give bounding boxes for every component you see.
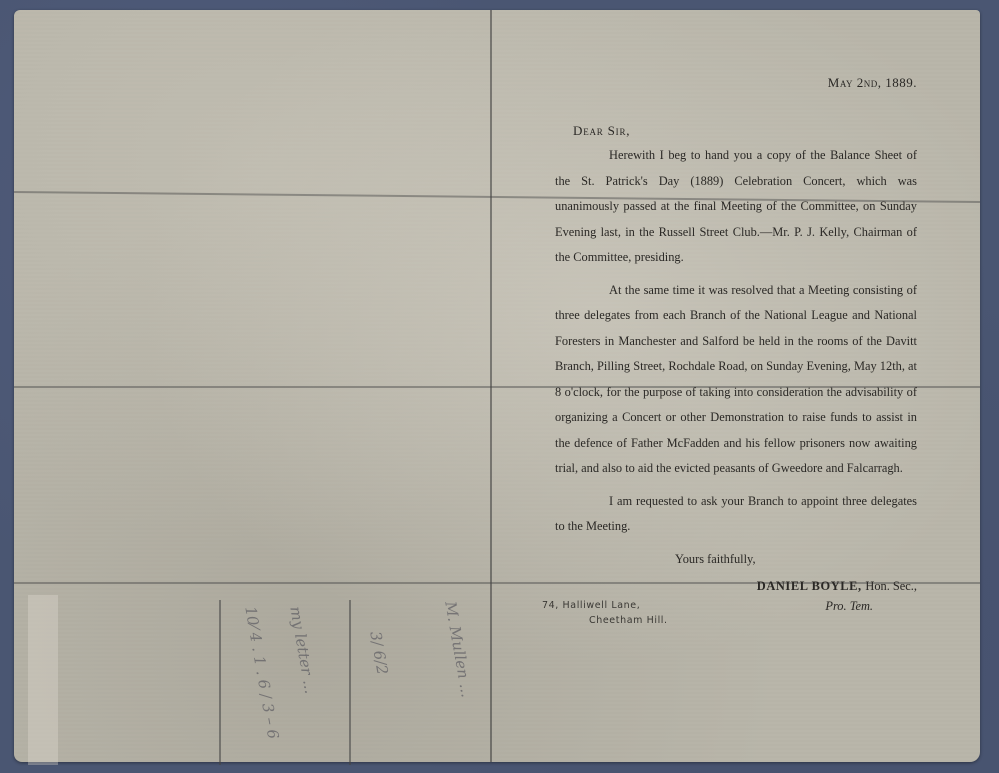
handwritten-note: 3/ 6/2 (366, 630, 391, 676)
address-line-1: 74, Halliwell Lane, (542, 598, 668, 613)
address-line-2: Cheetham Hill. (542, 613, 668, 628)
sender-address: 74, Halliwell Lane, Cheetham Hill. (542, 598, 668, 628)
torn-edge-strip (28, 595, 58, 765)
signatory-title: Hon. Sec., (865, 579, 917, 593)
pencil-rule-line (219, 600, 221, 765)
closing: Yours faithfully, (675, 547, 917, 573)
paragraph-balance-sheet: Herewith I beg to hand you a copy of the… (555, 143, 917, 271)
signatory-subtitle: Pro. Tem. (825, 594, 873, 620)
letter-body: May 2nd, 1889. Dear Sir, Herewith I beg … (555, 70, 917, 644)
salutation: Dear Sir, (573, 118, 917, 144)
pencil-rule-line (349, 600, 351, 765)
handwritten-note: my letter ... (286, 605, 319, 695)
handwritten-note: M. Mullen ... (441, 600, 476, 699)
handwritten-note: 10⁄ 4 . 1 . 6 / 3 – 6 (241, 605, 282, 740)
paragraph-request: I am requested to ask your Branch to app… (555, 489, 917, 540)
letter-date: May 2nd, 1889. (555, 70, 917, 96)
signatory-name: DANIEL BOYLE, (757, 579, 862, 593)
letter-footer: 74, Halliwell Lane, Cheetham Hill. Pro. … (555, 600, 917, 644)
paragraph-meeting-resolution: At the same time it was resolved that a … (555, 278, 917, 482)
